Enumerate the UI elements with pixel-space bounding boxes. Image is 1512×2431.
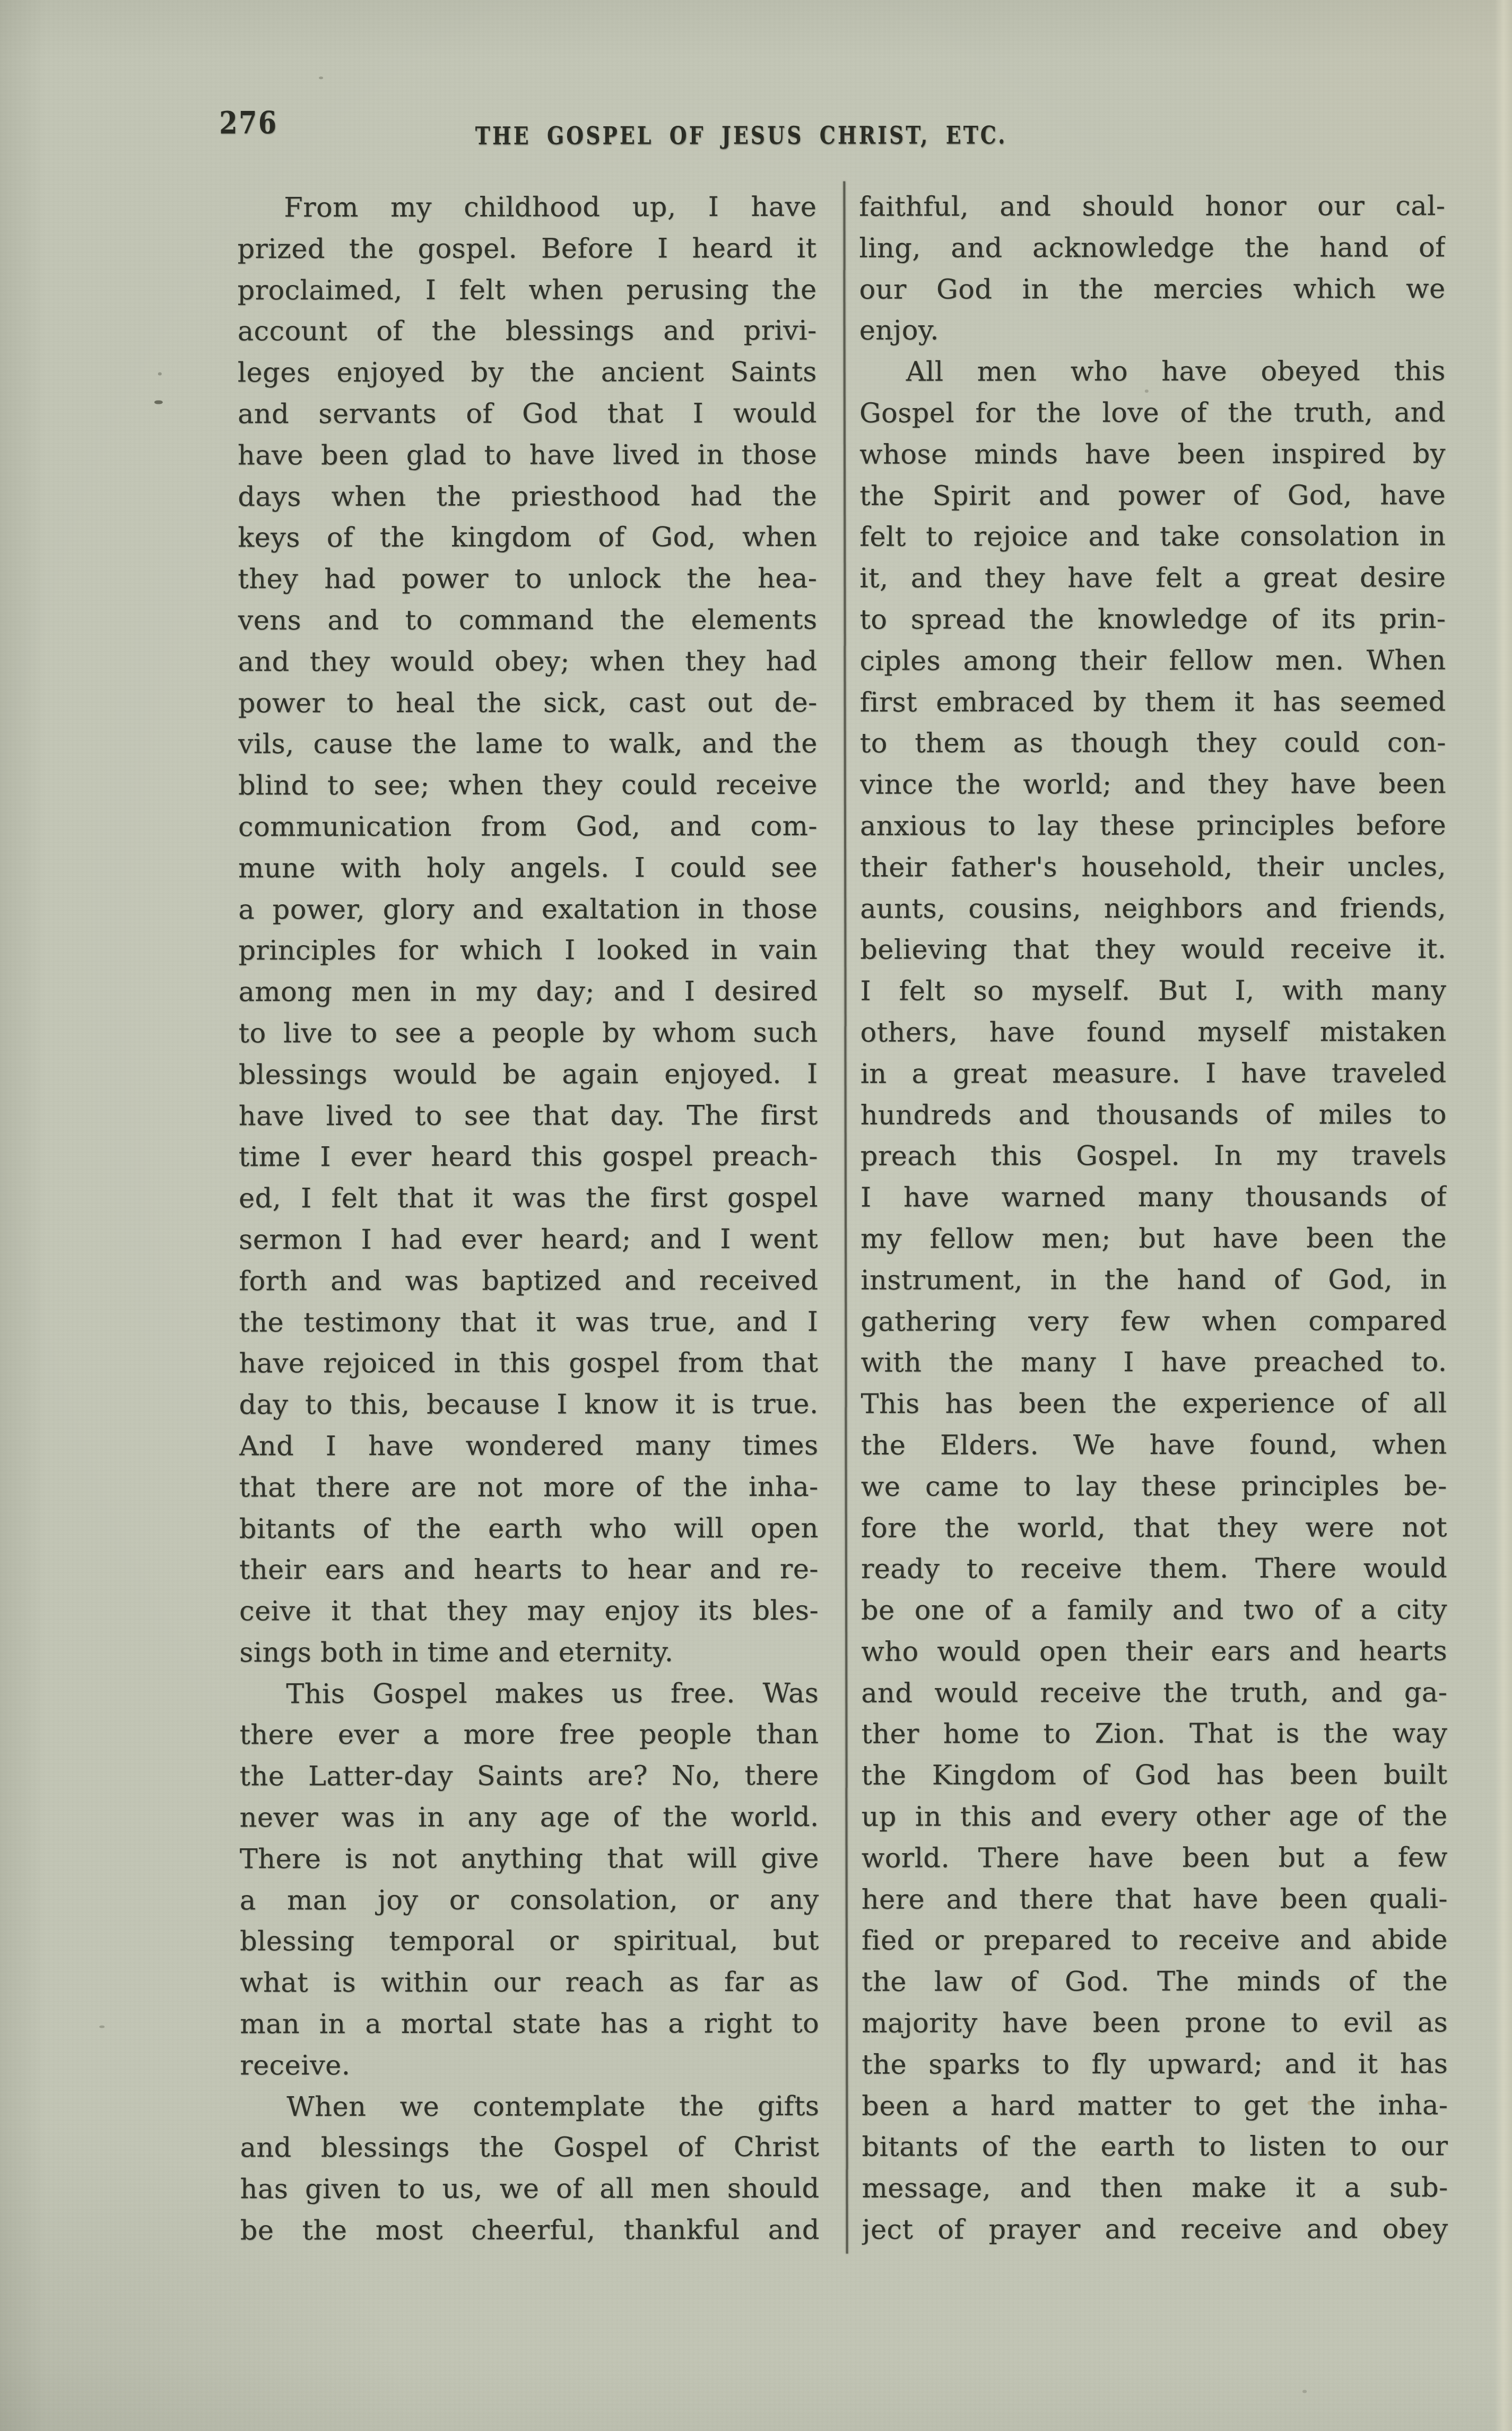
text-line: ed, I felt that it was the first gospel <box>239 1178 818 1219</box>
running-title: THE GOSPEL OF JESUS CHRIST, ETC. <box>306 120 1176 150</box>
text-line: they had power to unlock the hea- <box>238 558 817 600</box>
text-line: the Latter-day Saints are? No, there <box>239 1755 819 1797</box>
text-line: day to this, because I know it is true. <box>239 1384 818 1426</box>
text-line: their ears and hearts to hear and re- <box>239 1549 819 1591</box>
text-column-right: faithful, and should honor our cal-ling,… <box>859 186 1448 2251</box>
text-line: bitants of the earth who will open <box>239 1508 819 1550</box>
text-line: enjoy. <box>859 310 1446 352</box>
text-line: world. There have been but a few <box>862 1837 1448 1879</box>
text-line: have rejoiced in this gospel from that <box>239 1343 818 1385</box>
text-line: among men in my day; and I desired <box>238 971 818 1013</box>
text-line: And I have wondered many times <box>239 1425 819 1467</box>
text-line: preach this Gospel. In my travels <box>861 1136 1447 1178</box>
text-line: communication from God, and com- <box>238 806 818 848</box>
text-line: a man joy or consolation, or any <box>240 1880 819 1922</box>
text-line: it, and they have felt a great desire <box>859 557 1446 599</box>
text-line: account of the blessings and privi- <box>238 310 817 352</box>
text-line: vils, cause the lame to walk, and the <box>238 723 818 765</box>
text-line: the law of God. The minds of the <box>862 1961 1448 2003</box>
text-line: the sparks to fly upward; and it has <box>862 2044 1448 2086</box>
text-line: blessings would be again enjoyed. I <box>239 1054 818 1096</box>
text-line: vince the world; and they have been <box>860 764 1446 806</box>
text-line: forth and was baptized and received <box>239 1260 818 1302</box>
text-line: gathering very few when compared <box>861 1301 1447 1343</box>
text-line: There is not anything that will give <box>240 1838 819 1880</box>
text-line: whose minds have been inspired by <box>859 434 1446 475</box>
text-line: ther home to Zion. That is the way <box>861 1714 1447 1755</box>
text-line: have lived to see that day. The first <box>239 1095 818 1137</box>
text-line: majority have been prone to evil as <box>862 2002 1448 2044</box>
text-line: the Kingdom of God has been built <box>861 1754 1447 1796</box>
text-line: fore the world, that they were not <box>861 1507 1447 1549</box>
text-line: This Gospel makes us free. Was <box>239 1673 819 1715</box>
text-line: my fellow men; but have been the <box>861 1218 1447 1260</box>
text-line: aunts, cousins, neighbors and friends, <box>860 888 1446 930</box>
text-line: our God in the mercies which we <box>859 269 1446 310</box>
text-line: and blessings the Gospel of Christ <box>240 2127 819 2169</box>
text-line: ready to receive them. There would <box>861 1548 1447 1590</box>
text-line: the Spirit and power of God, have <box>859 475 1446 517</box>
text-line: the testimony that it was true, and I <box>239 1301 818 1343</box>
text-line: From my childhood up, I have <box>237 187 816 229</box>
text-line: keys of the kingdom of God, when <box>238 517 817 559</box>
text-line: ciples among their fellow men. When <box>859 640 1446 682</box>
text-line: fied or prepared to receive and abide <box>862 1920 1448 1962</box>
text-line: with the many I have preached to. <box>861 1342 1447 1383</box>
text-line: proclaimed, I felt when perusing the <box>238 269 817 311</box>
text-line: in a great measure. I have traveled <box>861 1053 1447 1095</box>
text-line: first embraced by them it has seemed <box>860 681 1446 723</box>
text-line: what is within our reach as far as <box>240 1962 819 2004</box>
text-line: have been glad to have lived in those <box>238 435 817 477</box>
text-line: and would receive the truth, and ga- <box>861 1672 1447 1714</box>
text-line: their father's household, their uncles, <box>860 846 1446 888</box>
page-sheet: 276 THE GOSPEL OF JESUS CHRIST, ETC. Fro… <box>0 0 1512 2431</box>
text-line: here and there that have been quali- <box>862 1879 1448 1920</box>
paper-speck <box>319 76 323 79</box>
text-line: I felt so myself. But I, with many <box>860 970 1446 1012</box>
text-line: I have warned many thousands of <box>861 1176 1447 1218</box>
text-line: a power, glory and exaltation in those <box>238 888 818 930</box>
text-line: vens and to command the elements <box>238 600 817 642</box>
text-line: message, and then make it a sub- <box>862 2167 1448 2209</box>
text-line: All men who have obeyed this <box>859 351 1446 393</box>
text-line: who would open their ears and hearts <box>861 1631 1447 1673</box>
text-line: to live to see a people by whom such <box>238 1013 818 1054</box>
text-line: been a hard matter to get the inha- <box>862 2085 1448 2127</box>
text-line: that there are not more of the inha- <box>239 1467 819 1509</box>
text-line: When we contemplate the gifts <box>240 2086 819 2127</box>
text-line: to them as though they could con- <box>860 723 1446 765</box>
text-line: anxious to lay these principles before <box>860 805 1446 847</box>
paper-speck <box>1307 2101 1313 2105</box>
text-line: has given to us, we of all men should <box>240 2168 820 2210</box>
paper-speck <box>99 2026 105 2028</box>
text-line: never was in any age of the world. <box>240 1797 819 1839</box>
text-line: mune with holy angels. I could see <box>238 847 818 889</box>
text-line: receive. <box>240 2045 819 2087</box>
text-line: Gospel for the love of the truth, and <box>859 392 1446 434</box>
text-line: prized the gospel. Before I heard it <box>237 228 816 270</box>
text-line: we came to lay these principles be- <box>861 1466 1447 1508</box>
text-line: and they would obey; when they had <box>238 641 817 683</box>
text-line: sermon I had ever heard; and I went <box>239 1219 818 1261</box>
text-line: there ever a more free people than <box>239 1714 819 1756</box>
text-column-left: From my childhood up, I haveprized the g… <box>237 187 819 2252</box>
text-line: principles for which I looked in vain <box>238 930 818 972</box>
text-line: This has been the experience of all <box>861 1383 1447 1425</box>
text-line: be one of a family and two of a city <box>861 1589 1447 1631</box>
paper-speck <box>1145 390 1149 393</box>
text-line: hundreds and thousands of miles to <box>861 1094 1447 1136</box>
text-line: ling, and acknowledge the hand of <box>859 227 1445 269</box>
text-line: be the most cheerful, thankful and <box>240 2210 820 2252</box>
text-line: power to heal the sick, cast out de- <box>238 682 818 724</box>
text-line: sings both in time and eternity. <box>239 1632 819 1674</box>
book-page-scan: 276 THE GOSPEL OF JESUS CHRIST, ETC. Fro… <box>0 0 1512 2431</box>
text-line: blind to see; when they could receive <box>238 765 818 807</box>
text-line: time I ever heard this gospel preach- <box>239 1136 818 1178</box>
text-line: bitants of the earth to listen to our <box>862 2126 1448 2168</box>
column-divider-rule <box>843 181 848 2254</box>
text-line: others, have found myself mistaken <box>860 1011 1446 1053</box>
text-line: instrument, in the hand of God, in <box>861 1259 1447 1301</box>
text-line: man in a mortal state has a right to <box>240 2003 819 2045</box>
text-line: the Elders. We have found, when <box>861 1424 1447 1466</box>
text-line: believing that they would receive it. <box>860 929 1446 971</box>
text-line: faithful, and should honor our cal- <box>859 186 1445 228</box>
text-line: blessing temporal or spiritual, but <box>240 1920 819 1962</box>
page-number: 276 <box>219 105 278 141</box>
text-line: leges enjoyed by the ancient Saints <box>238 352 817 394</box>
text-line: ceive it that they may enjoy its bles- <box>239 1590 819 1632</box>
text-line: up in this and every other age of the <box>862 1796 1448 1838</box>
text-line: days when the priesthood had the <box>238 475 817 517</box>
paper-speck <box>158 373 162 376</box>
text-line: and servants of God that I would <box>238 393 817 435</box>
paper-speck <box>1302 2390 1307 2393</box>
text-line: felt to rejoice and take consolation in <box>859 516 1446 558</box>
text-line: ject of prayer and receive and obey <box>862 2209 1448 2251</box>
text-line: to spread the knowledge of its prin- <box>859 599 1446 641</box>
paper-speck <box>154 401 163 404</box>
